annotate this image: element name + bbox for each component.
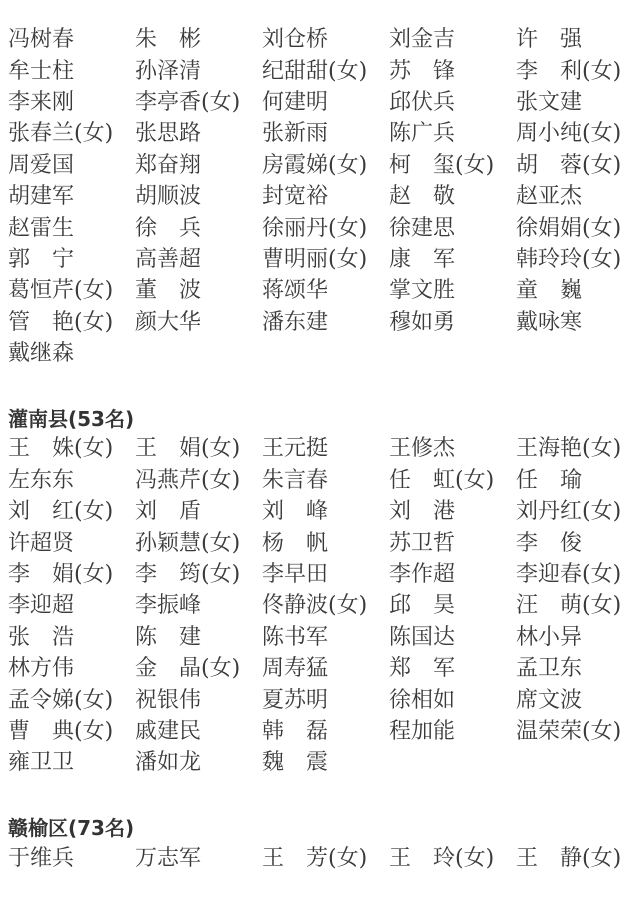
- name-entry: 邱 昊: [389, 590, 516, 621]
- name-row: 李 娟(女) 李 筠(女) 李早田 李作超 李迎春(女): [8, 559, 640, 590]
- name-entry: 雍卫卫: [8, 747, 135, 778]
- name-entry: 徐娟娟(女): [516, 213, 640, 244]
- name-entry: 康 军: [389, 244, 516, 275]
- name-entry: 高善超: [135, 244, 262, 275]
- name-entry: 张春兰(女): [8, 118, 135, 149]
- name-row: 雍卫卫 潘如龙 魏 震: [8, 747, 640, 778]
- name-entry: 郑奋翔: [135, 150, 262, 181]
- name-entry: 王 玲(女): [389, 843, 516, 874]
- name-entry: 李 娟(女): [8, 559, 135, 590]
- name-entry: 许 强: [516, 24, 640, 55]
- name-row: 牟士柱 孙泽清 纪甜甜(女) 苏 锋 李 利(女): [8, 55, 640, 86]
- name-entry: 封宽裕: [262, 181, 389, 212]
- name-entry: 冯树春: [8, 24, 135, 55]
- section-ganyu-district: 赣榆区(73名) 于维兵 万志军 王 芳(女) 王 玲(女) 王 静(女): [8, 811, 640, 874]
- name-entry: 温荣荣(女): [516, 716, 640, 747]
- name-entry: 颜大华: [135, 307, 262, 338]
- name-row: 冯树春 朱 彬 刘仓桥 刘金吉 许 强: [8, 24, 640, 55]
- name-entry: 陈 建: [135, 622, 262, 653]
- name-entry: 邱伏兵: [389, 87, 516, 118]
- name-row: 管 艳(女) 颜大华 潘东建 穆如勇 戴咏寒: [8, 307, 640, 338]
- name-row: 葛恒芹(女) 董 波 蒋颂华 掌文胜 童 巍: [8, 275, 640, 306]
- name-entry: 曹明丽(女): [262, 244, 389, 275]
- name-entry: 李迎春(女): [516, 559, 640, 590]
- name-entry: 孙颖慧(女): [135, 528, 262, 559]
- name-entry: 张 浩: [8, 622, 135, 653]
- name-entry: 戴继森: [8, 338, 135, 369]
- name-entry: 周小纯(女): [516, 118, 640, 149]
- name-row: 李来刚 李亭香(女) 何建明 邱伏兵 张文建: [8, 87, 640, 118]
- name-entry: 王修杰: [389, 433, 516, 464]
- name-entry: 柯 玺(女): [389, 150, 516, 181]
- name-row: 张 浩 陈 建 陈书军 陈国达 林小异: [8, 622, 640, 653]
- name-row: 于维兵 万志军 王 芳(女) 王 玲(女) 王 静(女): [8, 843, 640, 874]
- name-entry: 李亭香(女): [135, 87, 262, 118]
- name-entry: 李 利(女): [516, 56, 640, 87]
- name-entry: 苏卫哲: [389, 528, 516, 559]
- name-entry: 赵亚杰: [516, 181, 640, 212]
- name-entry: 任 瑜: [516, 465, 640, 496]
- name-row: 赵雷生 徐 兵 徐丽丹(女) 徐建思 徐娟娟(女): [8, 212, 640, 243]
- name-entry: 王海艳(女): [516, 433, 640, 464]
- name-entry: 董 波: [135, 275, 262, 306]
- name-row: 曹 典(女) 戚建民 韩 磊 程加能 温荣荣(女): [8, 716, 640, 747]
- name-entry: 陈书军: [262, 622, 389, 653]
- name-entry: 李早田: [262, 559, 389, 590]
- name-entry: 林方伟: [8, 653, 135, 684]
- name-row: 王 姝(女) 王 娟(女) 王元挺 王修杰 王海艳(女): [8, 433, 640, 464]
- name-entry: 许超贤: [8, 528, 135, 559]
- name-entry: 金 晶(女): [135, 653, 262, 684]
- name-entry: 席文波: [516, 685, 640, 716]
- name-entry: 孙泽清: [135, 56, 262, 87]
- name-entry: 陈广兵: [389, 118, 516, 149]
- name-entry: 蒋颂华: [262, 275, 389, 306]
- name-row: 郭 宁 高善超 曹明丽(女) 康 军 韩玲玲(女): [8, 244, 640, 275]
- name-entry: 掌文胜: [389, 275, 516, 306]
- name-entry: 徐 兵: [135, 213, 262, 244]
- name-entry: 赵 敬: [389, 181, 516, 212]
- name-row: 周爱国 郑奋翔 房霞娣(女) 柯 玺(女) 胡 蓉(女): [8, 150, 640, 181]
- name-entry: 刘金吉: [389, 24, 516, 55]
- name-entry: 林小异: [516, 622, 640, 653]
- section-title: 赣榆区(73名): [8, 811, 640, 843]
- name-entry: 刘丹红(女): [516, 496, 640, 527]
- name-row: 李迎超 李振峰 佟静波(女) 邱 昊 汪 萌(女): [8, 590, 640, 621]
- name-entry: 李来刚: [8, 87, 135, 118]
- name-entry: 张思路: [135, 118, 262, 149]
- name-entry: 朱言春: [262, 465, 389, 496]
- name-entry: 房霞娣(女): [262, 150, 389, 181]
- name-entry: 王 娟(女): [135, 433, 262, 464]
- name-entry: 韩玲玲(女): [516, 244, 640, 275]
- section-continued-list: 冯树春 朱 彬 刘仓桥 刘金吉 许 强 牟士柱 孙泽清 纪甜甜(女) 苏 锋 李…: [8, 24, 640, 369]
- name-entry: 穆如勇: [389, 307, 516, 338]
- name-row: 张春兰(女) 张思路 张新雨 陈广兵 周小纯(女): [8, 118, 640, 149]
- name-entry: 孟卫东: [516, 653, 640, 684]
- name-entry: 刘仓桥: [262, 24, 389, 55]
- name-entry: 冯燕芹(女): [135, 465, 262, 496]
- name-entry: 刘 港: [389, 496, 516, 527]
- name-entry: 韩 磊: [262, 716, 389, 747]
- name-entry: 任 虹(女): [389, 465, 516, 496]
- name-row: 胡建军 胡顺波 封宽裕 赵 敬 赵亚杰: [8, 181, 640, 212]
- name-entry: 李振峰: [135, 590, 262, 621]
- name-entry: 陈国达: [389, 622, 516, 653]
- name-entry: 张文建: [516, 87, 640, 118]
- name-entry: 朱 彬: [135, 24, 262, 55]
- name-entry: 潘东建: [262, 307, 389, 338]
- name-entry: 魏 震: [262, 747, 389, 778]
- name-row: 刘 红(女) 刘 盾 刘 峰 刘 港 刘丹红(女): [8, 496, 640, 527]
- name-entry: 戚建民: [135, 716, 262, 747]
- name-entry: 刘 峰: [262, 496, 389, 527]
- name-entry: 李作超: [389, 559, 516, 590]
- name-entry: 郭 宁: [8, 244, 135, 275]
- name-entry: 王元挺: [262, 433, 389, 464]
- name-entry: 左东东: [8, 465, 135, 496]
- name-entry: 潘如龙: [135, 747, 262, 778]
- name-entry: 周寿猛: [262, 653, 389, 684]
- section-spacer: [8, 779, 640, 809]
- name-entry: 刘 红(女): [8, 496, 135, 527]
- name-row: 林方伟 金 晶(女) 周寿猛 郑 军 孟卫东: [8, 653, 640, 684]
- name-entry: 童 巍: [516, 275, 640, 306]
- name-entry: 于维兵: [8, 843, 135, 874]
- name-row: 许超贤 孙颖慧(女) 杨 帆 苏卫哲 李 俊: [8, 527, 640, 558]
- name-entry: 曹 典(女): [8, 716, 135, 747]
- section-spacer: [8, 369, 640, 399]
- name-entry: 万志军: [135, 843, 262, 874]
- name-row: 左东东 冯燕芹(女) 朱言春 任 虹(女) 任 瑜: [8, 465, 640, 496]
- name-entry: 程加能: [389, 716, 516, 747]
- name-row: 戴继森: [8, 338, 640, 369]
- name-row: 孟令娣(女) 祝银伟 夏苏明 徐相如 席文波: [8, 684, 640, 715]
- name-entry: 纪甜甜(女): [262, 56, 389, 87]
- name-entry: 佟静波(女): [262, 590, 389, 621]
- name-entry: 孟令娣(女): [8, 685, 135, 716]
- name-entry: 葛恒芹(女): [8, 275, 135, 306]
- section-title: 灌南县(53名): [8, 401, 640, 433]
- name-entry: 何建明: [262, 87, 389, 118]
- name-entry: 汪 萌(女): [516, 590, 640, 621]
- name-entry: 李 筠(女): [135, 559, 262, 590]
- name-entry: 张新雨: [262, 118, 389, 149]
- name-entry: 李迎超: [8, 590, 135, 621]
- name-entry: 郑 军: [389, 653, 516, 684]
- name-entry: 胡建军: [8, 181, 135, 212]
- name-entry: 王 静(女): [516, 843, 640, 874]
- name-entry: 夏苏明: [262, 685, 389, 716]
- name-entry: 祝银伟: [135, 685, 262, 716]
- name-entry: 刘 盾: [135, 496, 262, 527]
- name-entry: 王 姝(女): [8, 433, 135, 464]
- name-entry: 戴咏寒: [516, 307, 640, 338]
- name-entry: 赵雷生: [8, 213, 135, 244]
- name-entry: 胡 蓉(女): [516, 150, 640, 181]
- name-entry: 周爱国: [8, 150, 135, 181]
- name-entry: 牟士柱: [8, 56, 135, 87]
- name-list-document: 冯树春 朱 彬 刘仓桥 刘金吉 许 强 牟士柱 孙泽清 纪甜甜(女) 苏 锋 李…: [8, 24, 640, 874]
- name-entry: 苏 锋: [389, 56, 516, 87]
- name-entry: 管 艳(女): [8, 307, 135, 338]
- section-guannan-county: 灌南县(53名) 王 姝(女) 王 娟(女) 王元挺 王修杰 王海艳(女) 左东…: [8, 401, 640, 778]
- name-entry: 李 俊: [516, 528, 640, 559]
- name-entry: 徐建思: [389, 213, 516, 244]
- name-entry: 王 芳(女): [262, 843, 389, 874]
- name-entry: 徐丽丹(女): [262, 213, 389, 244]
- name-entry: 徐相如: [389, 685, 516, 716]
- name-entry: 杨 帆: [262, 528, 389, 559]
- name-entry: 胡顺波: [135, 181, 262, 212]
